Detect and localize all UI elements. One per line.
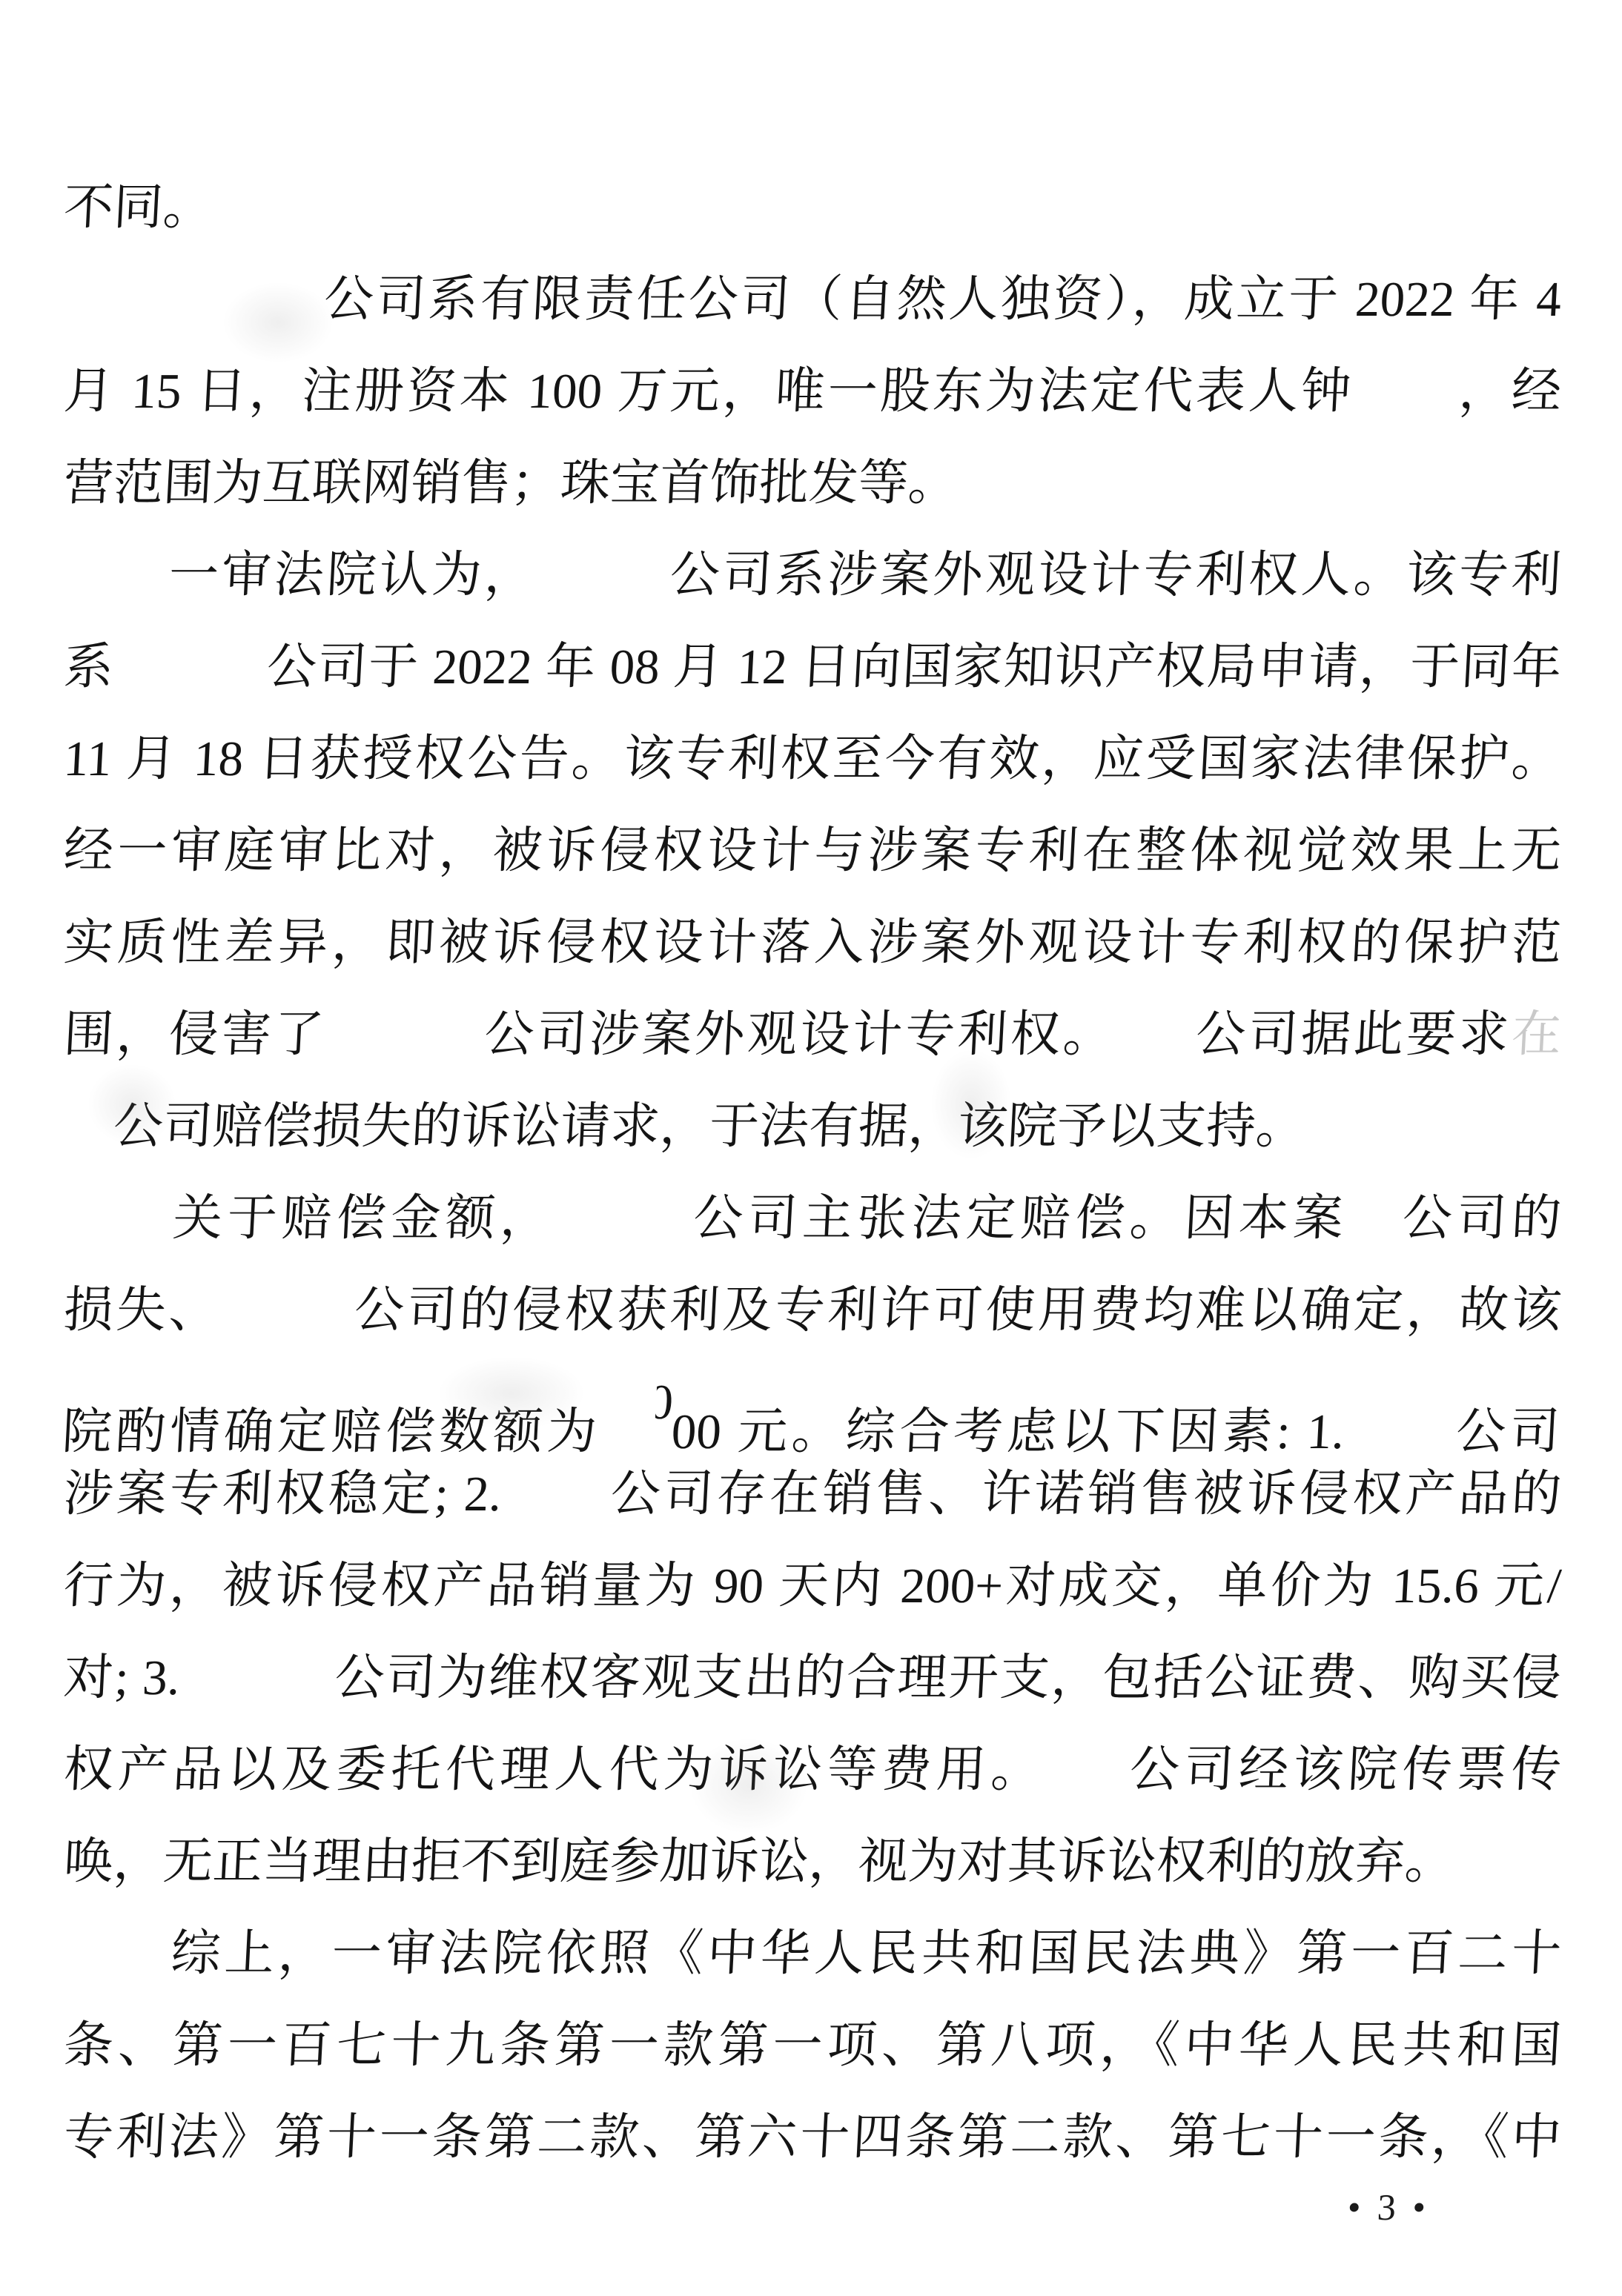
text-line: 条、第一百七十九条第一款第一项、第八项，《中华人民共和国 (62, 2000, 1563, 2091)
text-line: 权产品以及委托代理人代为诉讼等费用。 公司经该院传票传 (62, 1724, 1563, 1816)
text-line: 院酌情确定赔偿数额为 000 元。综合考虑以下因素: 1. 公司 (62, 1356, 1563, 1448)
page-number: • 3 • (1346, 2180, 1572, 2234)
text-line: 系 公司于 2022 年 08 月 12 日向国家知识产权局申请，于同年 (62, 621, 1563, 713)
document-page: 不同。 公司系有限责任公司（自然人独资），成立于 2022 年 4 月 15 日… (0, 0, 1622, 2296)
text-line: 一审法院认为， 公司系涉案外观设计专利权人。该专利 (62, 529, 1563, 621)
text-line: 实质性差异，即被诉侵权设计落入涉案外观设计专利权的保护范 (62, 897, 1563, 989)
judgment-text-block: 不同。 公司系有限责任公司（自然人独资），成立于 2022 年 4 月 15 日… (64, 162, 1561, 2183)
text-line: 公司系有限责任公司（自然人独资），成立于 2022 年 4 (62, 253, 1563, 345)
text-line: 经一审庭审比对，被诉侵权设计与涉案专利在整体视觉效果上无 (62, 805, 1563, 897)
text-line: 涉案专利权稳定; 2. 公司存在销售、许诺销售被诉侵权产品的 (62, 1448, 1563, 1540)
redacted-ghost-char: 在 (1510, 1007, 1563, 1062)
text-line: 专利法》第十一条第二款、第六十四条第二款、第七十一条，《中 (62, 2091, 1563, 2183)
text-line: 损失、 公司的侵权获利及专利许可使用费均难以确定，故该 (62, 1264, 1563, 1356)
text-line: 综上，一审法院依照《中华人民共和国民法典》第一百二十 (62, 1908, 1563, 2000)
text-line: 月 15 日，注册资本 100 万元，唯一股东为法定代表人钟 ，经 (62, 345, 1563, 437)
text-line: 对; 3. 公司为维权客观支出的合理开支，包括公证费、购买侵 (62, 1632, 1563, 1724)
text-line: 不同。 (62, 162, 1563, 253)
text-line: 行为，被诉侵权产品销量为 90 天内 200+对成交，单价为 15.6 元/ (62, 1540, 1563, 1632)
text-line: 围，侵害了 公司涉案外观设计专利权。 公司据此要求在 (62, 989, 1563, 1081)
text-line: 营范围为互联网销售；珠宝首饰批发等。 (62, 437, 1563, 529)
text-line: 唤，无正当理由拒不到庭参加诉讼，视为对其诉讼权利的放弃。 (62, 1816, 1563, 1908)
text-segment: 围，侵害了 公司涉案外观设计专利权。 公司据此要求 (62, 1007, 1513, 1062)
text-line: 11 月 18 日获授权公告。该专利权至今有效，应受国家法律保护。 (62, 713, 1563, 805)
text-line: 关于赔偿金额， 公司主张法定赔偿。因本案 公司的 (62, 1172, 1563, 1264)
text-line: 公司赔偿损失的诉讼请求，于法有据，该院予以支持。 (62, 1081, 1563, 1172)
